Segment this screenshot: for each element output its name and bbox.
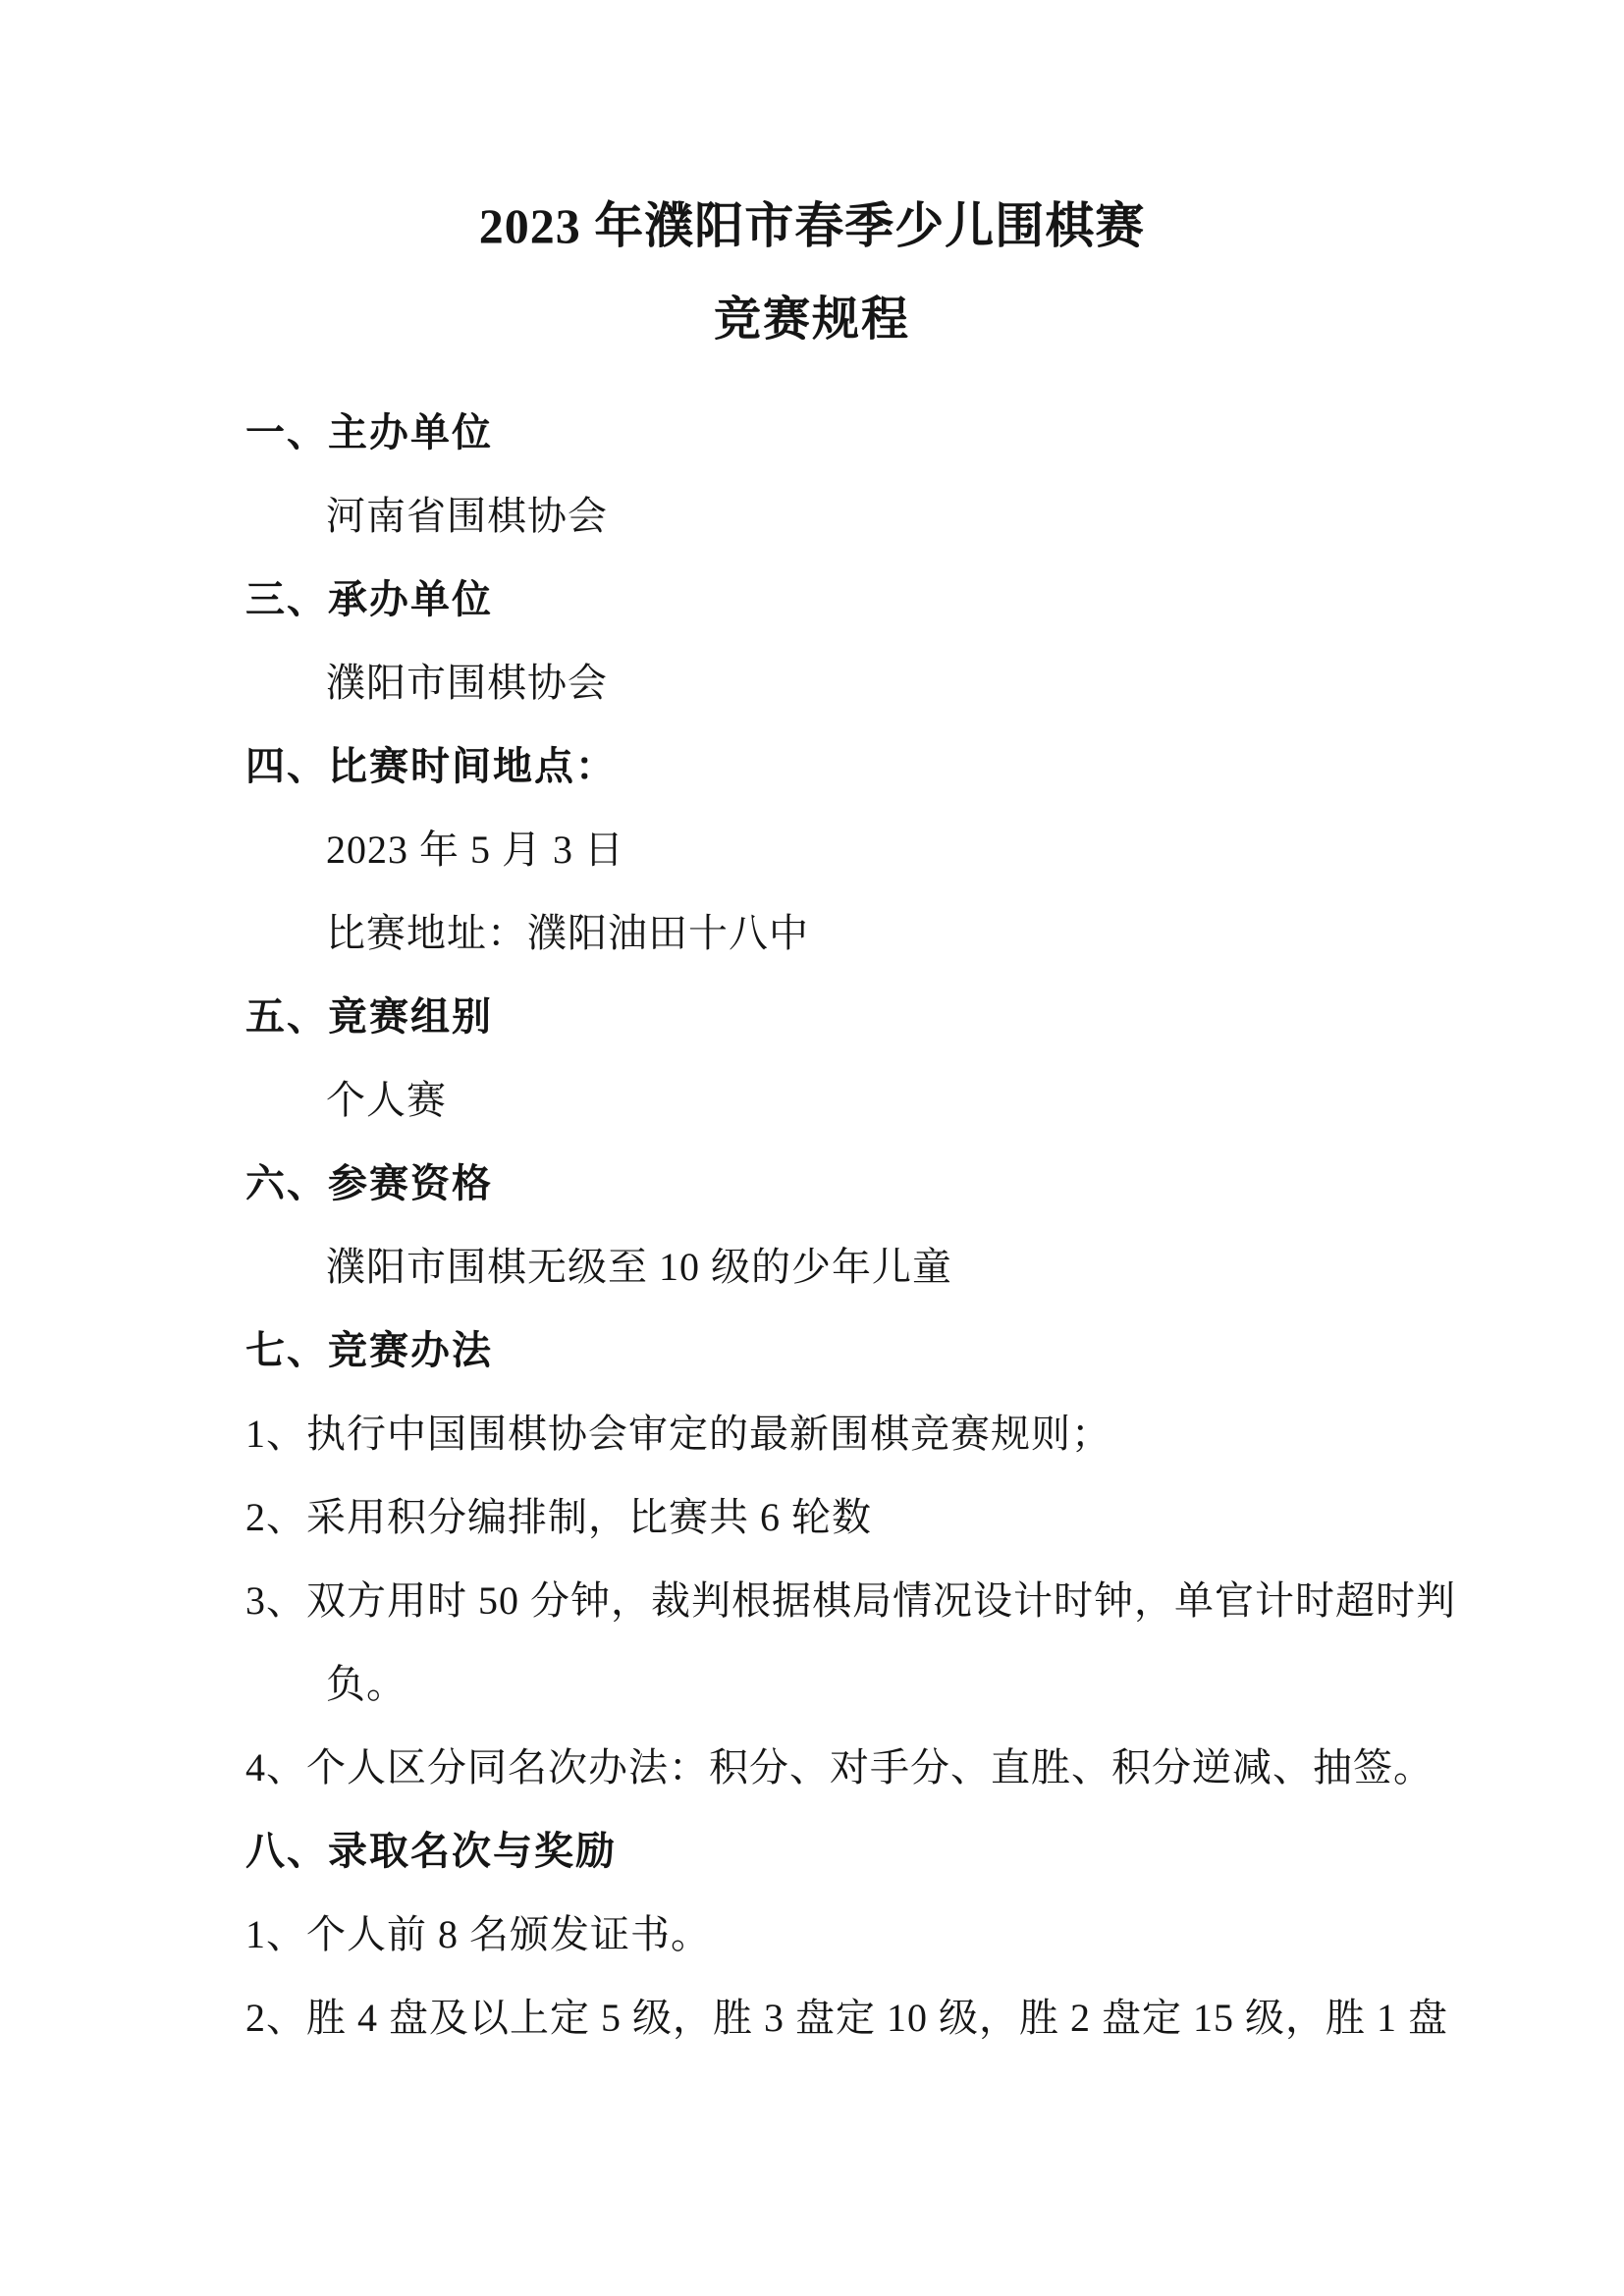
section-heading-8: 八、录取名次与奖励 xyxy=(245,1809,1477,1893)
section-heading-3: 三、承办单位 xyxy=(245,558,1477,641)
section-heading-7: 七、竞赛办法 xyxy=(245,1308,1477,1392)
body-line: 2023 年 5 月 3 日 xyxy=(245,808,1477,891)
document-title: 2023 年濮阳市春季少儿围棋赛 xyxy=(0,179,1624,273)
document-subtitle: 竞赛规程 xyxy=(0,273,1624,367)
section-heading-1: 一、主办单位 xyxy=(245,391,1477,474)
body-line: 河南省围棋协会 xyxy=(245,474,1477,558)
body-line: 个人赛 xyxy=(245,1058,1477,1142)
section-heading-4: 四、比赛时间地点： xyxy=(245,724,1477,808)
section-heading-6: 六、参赛资格 xyxy=(245,1142,1477,1225)
numbered-item-continuation: 负。 xyxy=(245,1642,1477,1726)
section-heading-5: 五、竟赛组别 xyxy=(245,975,1477,1058)
numbered-item: 4、个人区分同名次办法：积分、对手分、直胜、积分逆减、抽签。 xyxy=(245,1726,1477,1809)
document-body: 一、主办单位 河南省围棋协会 三、承办单位 濮阳市围棋协会 四、比赛时间地点： … xyxy=(245,391,1477,2059)
numbered-item: 2、胜 4 盘及以上定 5 级，胜 3 盘定 10 级，胜 2 盘定 15 级，… xyxy=(245,1976,1477,2059)
body-line: 濮阳市围棋无级至 10 级的少年儿童 xyxy=(245,1225,1477,1308)
numbered-item: 1、个人前 8 名颁发证书。 xyxy=(245,1893,1477,1976)
numbered-item: 2、采用积分编排制，比赛共 6 轮数 xyxy=(245,1475,1477,1559)
numbered-item: 3、双方用时 50 分钟，裁判根据棋局情况设计时钟，单官计时超时判 xyxy=(245,1559,1477,1642)
document-page: 2023 年濮阳市春季少儿围棋赛 竞赛规程 一、主办单位 河南省围棋协会 三、承… xyxy=(0,0,1624,2296)
numbered-item: 1、执行中国围棋协会审定的最新围棋竞赛规则； xyxy=(245,1392,1477,1475)
body-line: 濮阳市围棋协会 xyxy=(245,641,1477,724)
body-line: 比赛地址：濮阳油田十八中 xyxy=(245,891,1477,975)
